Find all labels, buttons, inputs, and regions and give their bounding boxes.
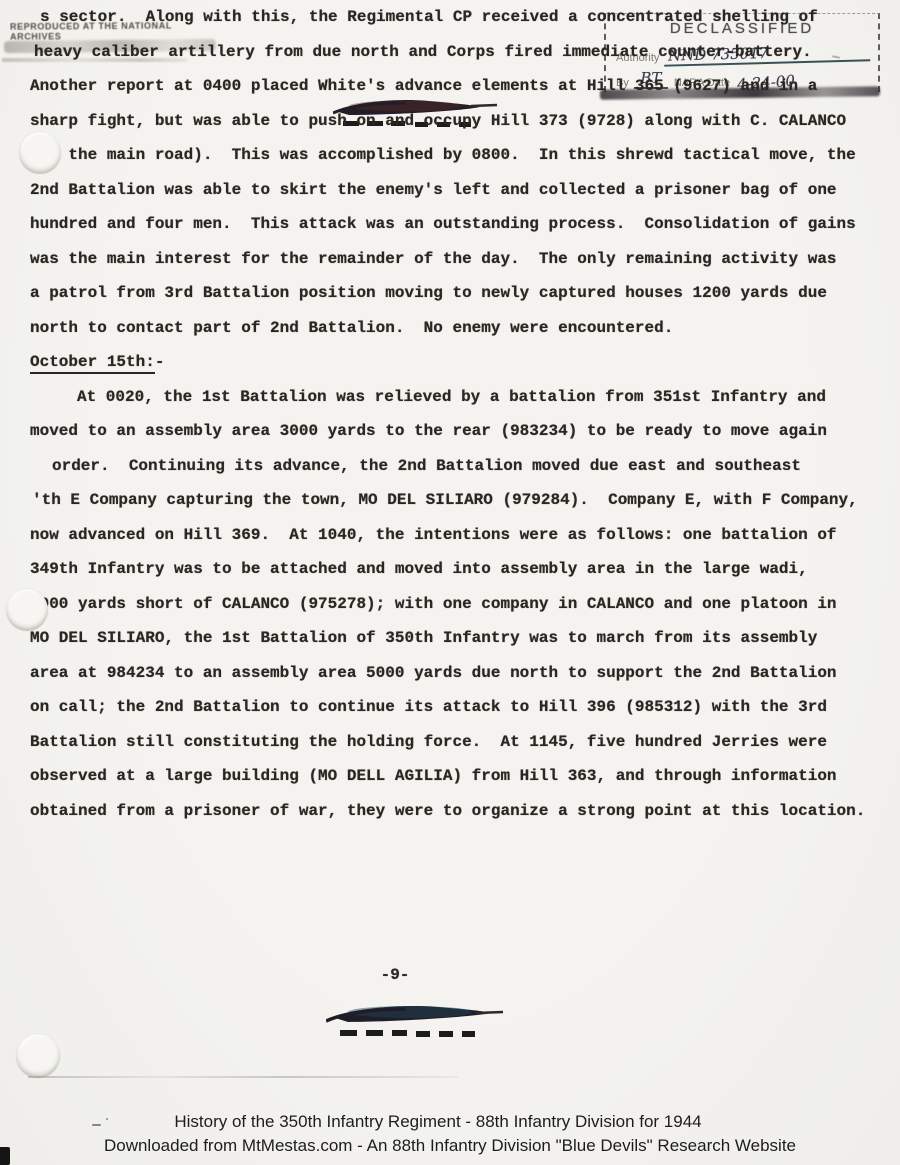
typewritten-line: Another report at 0400 placed White's ad… (0, 69, 900, 104)
scan-line-artifact (28, 1076, 458, 1078)
hole-punch (19, 132, 61, 174)
typewritten-line: hundred and four men. This attack was an… (0, 207, 900, 242)
typewritten-line: Battalion still constituting the holding… (0, 725, 900, 760)
hole-punch (6, 589, 48, 631)
footer-title: History of the 350th Infantry Regiment -… (0, 1112, 888, 1132)
typewritten-line: sharp fight, but was able to push on and… (0, 104, 900, 139)
typewritten-line: 'th E Company capturing the town, MO DEL… (0, 483, 900, 518)
typewritten-line: heavy caliber artillery from due north a… (0, 35, 900, 70)
document-page: { "stamps": { "archives": { "text": "REP… (0, 0, 900, 1165)
typewritten-body: s sector. Along with this, the Regimenta… (0, 0, 900, 828)
typewritten-line: observed at a large building (MO DELL AG… (0, 759, 900, 794)
typewritten-line: At 0020, the 1st Battalion was relieved … (0, 380, 900, 415)
typewritten-line: north to contact part of 2nd Battalion. … (0, 311, 900, 346)
typewritten-line: October 15th:- (0, 345, 900, 380)
typewritten-line: s sector. Along with this, the Regimenta… (0, 0, 900, 35)
typewritten-line: obtained from a prisoner of war, they we… (0, 794, 900, 829)
typewritten-line: area at 984234 to an assembly area 5000 … (0, 656, 900, 691)
typewritten-line: moved to an assembly area 3000 yards to … (0, 414, 900, 449)
typewritten-line: on call; the 2nd Battalion to continue i… (0, 690, 900, 725)
typewritten-line: order. Continuing its advance, the 2nd B… (0, 449, 900, 484)
typewritten-line: 349th Infantry was to be attached and mo… (0, 552, 900, 587)
typewritten-line: 1000 yards short of CALANCO (975278); wi… (0, 587, 900, 622)
redaction-scribble-bottom (326, 999, 504, 1039)
typewritten-line: was the main interest for the remainder … (0, 242, 900, 277)
typewritten-line: MO DEL SILIARO, the 1st Battalion of 350… (0, 621, 900, 656)
typewritten-line: now advanced on Hill 369. At 1040, the i… (0, 518, 900, 553)
page-number: -9- (0, 966, 845, 984)
hole-punch (16, 1034, 60, 1078)
typewritten-line: a patrol from 3rd Battalion position mov… (0, 276, 900, 311)
scan-speck (120, 262, 122, 264)
footer-credit: Downloaded from MtMestas.com - An 88th I… (0, 1136, 900, 1156)
typewritten-line: (on the main road). This was accomplishe… (0, 138, 900, 173)
typewritten-line: 2nd Battalion was able to skirt the enem… (0, 173, 900, 208)
